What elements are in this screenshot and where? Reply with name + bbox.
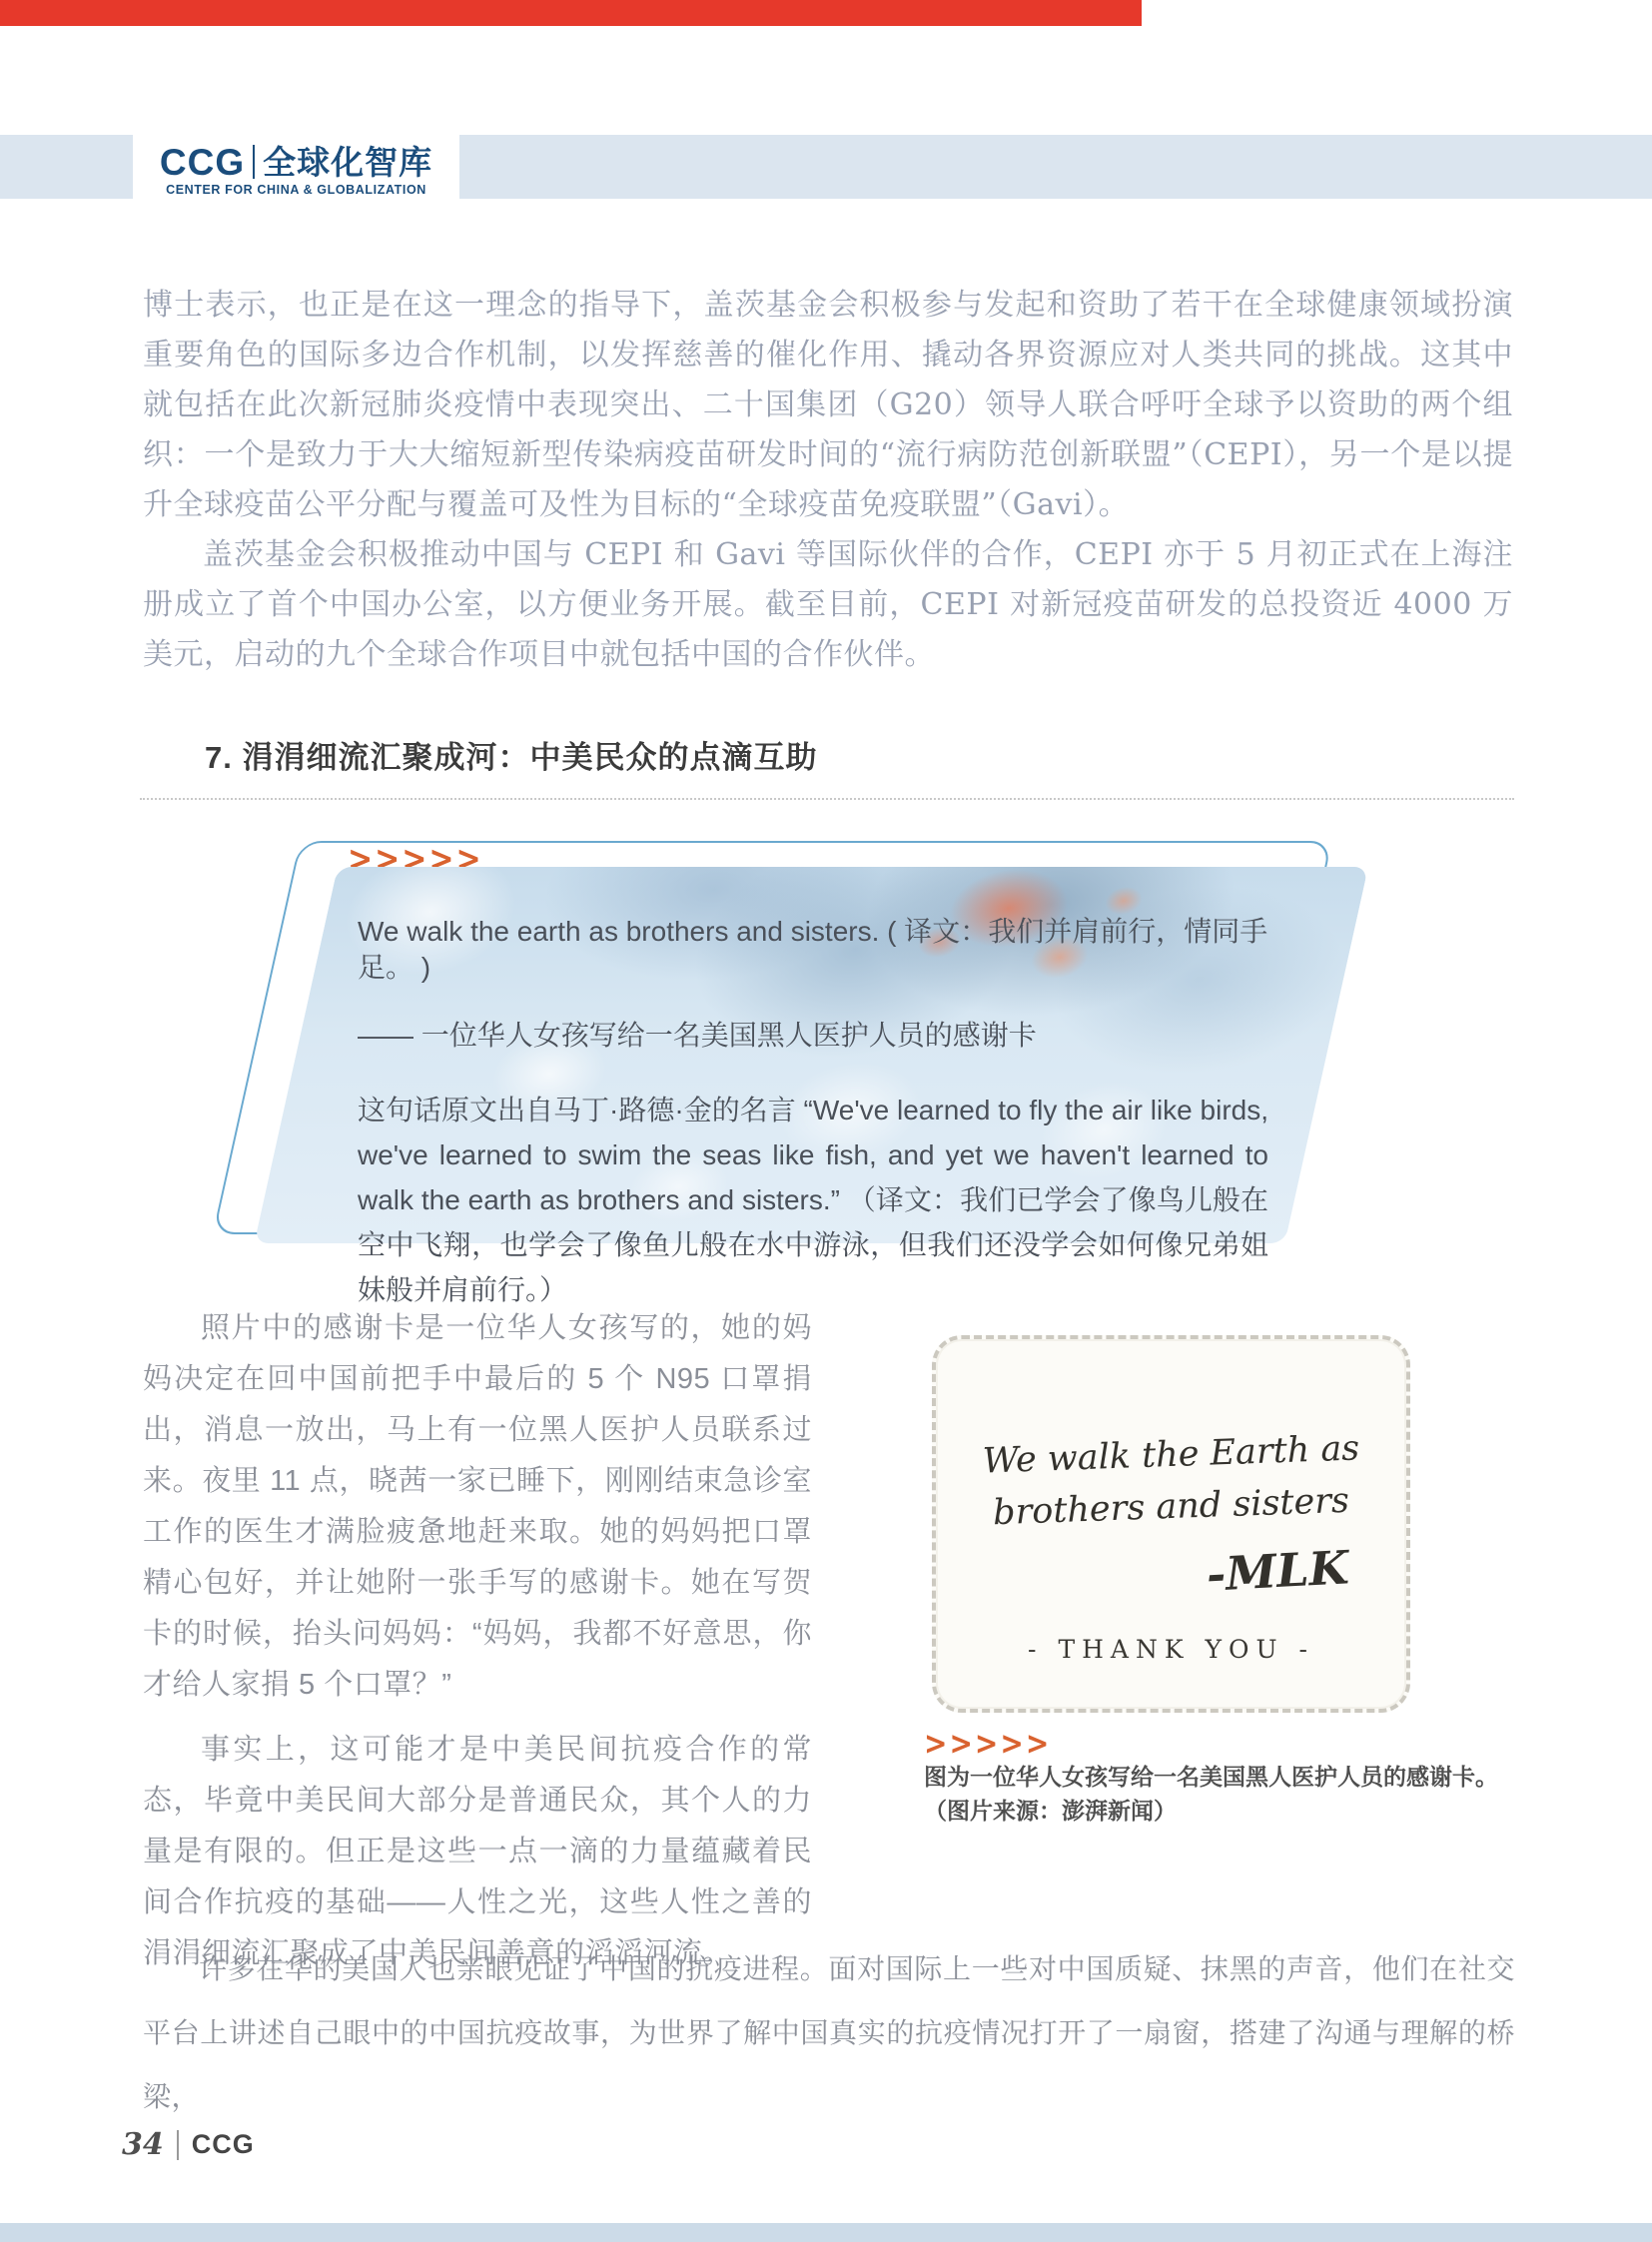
article-paragraph-3: 许多在华的美国人也亲眼见证了中国的抗疫进程。面对国际上一些对中国质疑、抹黑的声音… [143, 1937, 1515, 2129]
dotted-divider [140, 798, 1514, 800]
chevrons-icon: >>>>> [924, 1728, 1051, 1760]
quote-text-block: We walk the earth as brothers and sister… [358, 914, 1268, 1312]
figure-caption: 图为一位华人女孩写给一名美国黑人医护人员的感谢卡。 （图片来源：澎湃新闻） [924, 1760, 1508, 1828]
card-handwriting-line-2: brothers and sisters [935, 1479, 1406, 1535]
logo-subtitle: CENTER FOR CHINA & GLOBALIZATION [166, 183, 426, 197]
bottom-accent-bar [0, 2223, 1652, 2242]
page-footer: 34 CCG [122, 2127, 255, 2162]
report-page: CCG 全球化智库 CENTER FOR CHINA & GLOBALIZATI… [0, 0, 1652, 2242]
intro-paragraph-1: 博士表示，也正是在这一理念的指导下，盖茨基金会积极参与发起和资助了若干在全球健康… [143, 281, 1513, 530]
thank-you-card-photo: We walk the Earth as brothers and sister… [932, 1335, 1410, 1713]
section-heading: 7. 涓涓细流汇聚成河：中美民众的点滴互助 [205, 732, 817, 777]
page-number: 34 [122, 2127, 164, 2162]
logo-chinese-name: 全球化智库 [263, 146, 432, 179]
footer-brand: CCG [192, 2129, 255, 2160]
article-left-column: 照片中的感谢卡是一位华人女孩写的，她的妈妈决定在回中国前把手中最后的 5 个 N… [143, 1303, 812, 1993]
card-thank-you-text: - THANK YOU - [936, 1635, 1406, 1664]
logo-divider [253, 145, 255, 179]
intro-text-block: 博士表示，也正是在这一理念的指导下，盖茨基金会积极参与发起和资助了若干在全球健康… [143, 281, 1513, 680]
logo-row: CCG 全球化智库 [160, 144, 432, 181]
quote-body: 这句话原文出自马丁·路德·金的名言 “We've learned to fly … [358, 1088, 1268, 1312]
quote-line-english: We walk the earth as brothers and sister… [358, 914, 1268, 986]
top-accent-bar [0, 0, 1142, 26]
article-paragraph-1: 照片中的感谢卡是一位华人女孩写的，她的妈妈决定在回中国前把手中最后的 5 个 N… [143, 1303, 812, 1711]
figure-caption-line-2: （图片来源：澎湃新闻） [924, 1794, 1508, 1828]
card-handwriting-line-1: We walk the Earth as [935, 1427, 1406, 1483]
quote-attribution: —— 一位华人女孩写给一名美国黑人医护人员的感谢卡 [358, 1018, 1268, 1054]
logo-acronym: CCG [160, 144, 245, 181]
figure-caption-line-1: 图为一位华人女孩写给一名美国黑人医护人员的感谢卡。 [924, 1760, 1508, 1794]
ccg-logo: CCG 全球化智库 CENTER FOR CHINA & GLOBALIZATI… [133, 135, 459, 205]
card-signature: -MLK [1205, 1540, 1349, 1601]
footer-divider [177, 2130, 179, 2160]
intro-paragraph-2: 盖茨基金会积极推动中国与 CEPI 和 Gavi 等国际伙伴的合作，CEPI 亦… [143, 530, 1513, 680]
